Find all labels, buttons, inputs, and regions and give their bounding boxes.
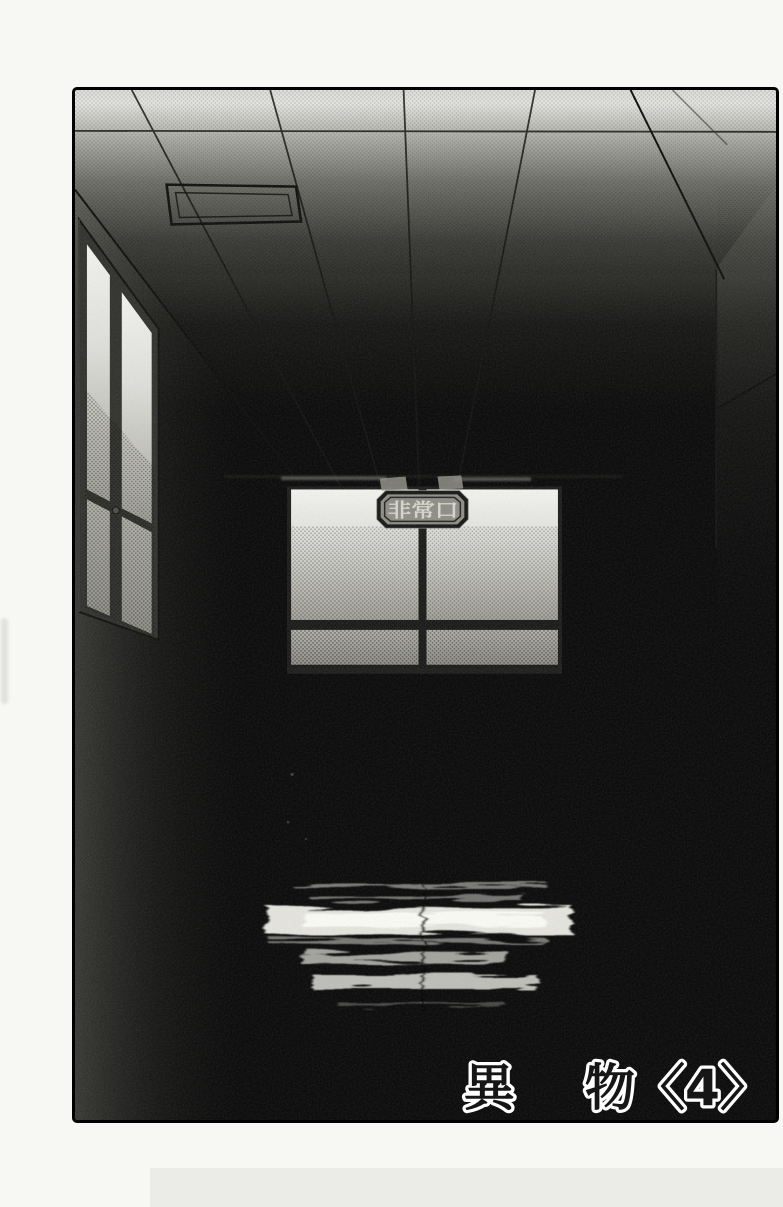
chapter-title-number: 物〈4〉 <box>585 1059 770 1117</box>
chapter-title: 異 物〈4〉 <box>463 1059 770 1117</box>
print-grain <box>75 90 776 1120</box>
next-page-edge <box>150 1168 783 1207</box>
chapter-title-kanji: 異 <box>463 1059 516 1117</box>
hallway-scene: 非常口 <box>75 90 776 1120</box>
manga-panel: 非常口 <box>72 87 779 1123</box>
page-edge-smudge <box>1 618 8 704</box>
manga-page: 非常口 <box>0 0 783 1207</box>
